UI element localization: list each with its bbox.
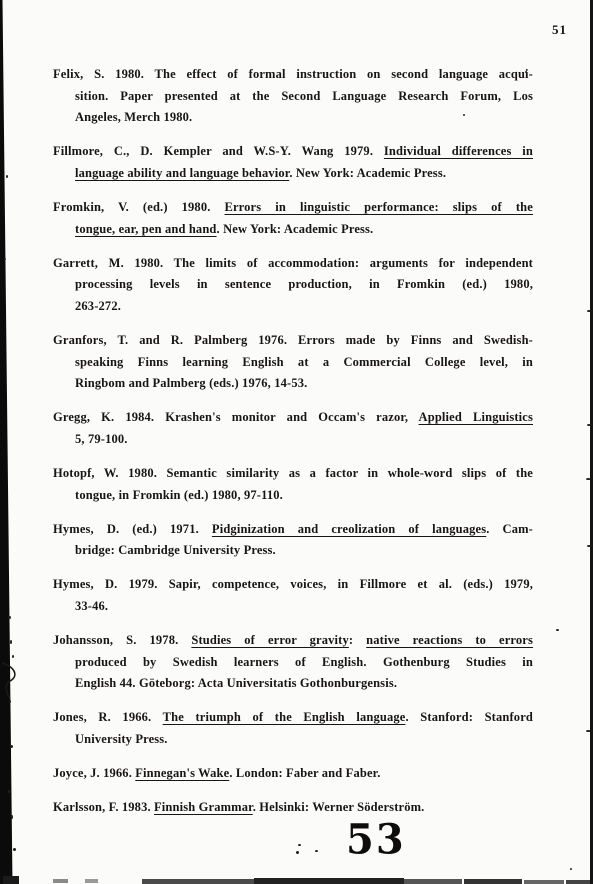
reference-line: Felix, S. 1980. The effect of formal ins…	[53, 64, 533, 86]
reference-entry: Karlsson, F. 1983. Finnish Grammar. Hels…	[53, 797, 533, 819]
text-segment: . Cam-	[486, 522, 533, 536]
underlined-title: Finnegan's Wake	[135, 766, 229, 780]
underlined-title: Pidginization and creolization of langua…	[212, 522, 486, 536]
pencil-mark	[315, 850, 318, 852]
text-segment: Hymes, D. 1979. Sapir, competence, voice…	[53, 577, 533, 591]
ink-speck	[570, 868, 572, 870]
scan-edge-bottom-segment	[3, 876, 19, 884]
text-segment: Gregg, K. 1984. Krashen's monitor and Oc…	[53, 410, 419, 424]
scan-edge-left	[0, 0, 14, 884]
underlined-title: Errors in linguistic performance: slips …	[225, 200, 533, 214]
reference-entry: Hotopf, W. 1980. Semantic similarity as …	[53, 463, 533, 506]
reference-entry: Gregg, K. 1984. Krashen's monitor and Oc…	[53, 407, 533, 450]
text-segment: speaking Finns learning English at a Com…	[75, 355, 533, 369]
text-segment: :	[349, 633, 366, 647]
text-segment: Fromkin, V. (ed.) 1980.	[53, 200, 225, 214]
ink-speck	[586, 478, 591, 480]
text-segment: Granfors, T. and R. Palmberg 1976. Error…	[53, 333, 533, 347]
scan-edge-bottom-segment	[53, 879, 68, 883]
ink-speck	[587, 545, 591, 547]
references-list: Felix, S. 1980. The effect of formal ins…	[53, 64, 533, 831]
reference-line: Ringbom and Palmberg (eds.) 1976, 14-53.	[75, 373, 533, 395]
ink-speck	[4, 258, 6, 260]
reference-entry: Fromkin, V. (ed.) 1980. Errors in lingui…	[53, 197, 533, 240]
text-segment: Joyce, J. 1966.	[53, 766, 135, 780]
reference-line: language ability and language behavior. …	[75, 163, 533, 185]
reference-line: Jones, R. 1966. The triumph of the Engli…	[53, 707, 533, 729]
text-segment: Ringbom and Palmberg (eds.) 1976, 14-53.	[75, 376, 307, 390]
text-segment: produced by Swedish learners of English.…	[75, 655, 533, 669]
reference-line: University Press.	[75, 729, 533, 751]
scan-edge-bottom-segment	[254, 878, 404, 884]
text-segment: bridge: Cambridge University Press.	[75, 543, 276, 557]
ink-speck	[13, 848, 16, 851]
scan-edge-right	[590, 0, 593, 884]
underlined-title: language ability and language behavior	[75, 166, 289, 180]
text-segment: 263-272.	[75, 299, 121, 313]
reference-line: Hymes, D. (ed.) 1971. Pidginization and …	[53, 519, 533, 541]
text-segment: English 44. Göteborg: Acta Universitatis…	[75, 676, 397, 690]
reference-line: processing levels in sentence production…	[75, 274, 533, 296]
ink-speck	[556, 629, 559, 631]
ink-speck	[587, 310, 591, 312]
stamp-page-number: 53	[346, 815, 406, 864]
reference-line: Granfors, T. and R. Palmberg 1976. Error…	[53, 330, 533, 352]
text-segment: sition. Paper presented at the Second La…	[75, 89, 533, 103]
text-segment: University Press.	[75, 732, 168, 746]
text-segment: Hotopf, W. 1980. Semantic similarity as …	[53, 466, 533, 480]
scan-edge-bottom-segment	[566, 880, 590, 884]
reference-entry: Hymes, D. 1979. Sapir, competence, voice…	[53, 574, 533, 617]
page-number: 51	[552, 22, 567, 38]
underlined-title: Finnish Grammar	[154, 800, 253, 814]
text-segment: Angeles, Merch 1980.	[75, 110, 192, 124]
ink-speck	[463, 114, 465, 116]
reference-line: 33-46.	[75, 596, 533, 618]
ink-speck	[6, 175, 8, 178]
pencil-mark	[296, 851, 299, 854]
scan-edge-bottom-segment	[142, 879, 254, 884]
text-segment: Jones, R. 1966.	[53, 710, 163, 724]
text-segment: Hymes, D. (ed.) 1971.	[53, 522, 212, 536]
ink-speck	[11, 815, 13, 819]
reference-line: Fromkin, V. (ed.) 1980. Errors in lingui…	[53, 197, 533, 219]
underlined-title: The triumph of the English language	[163, 710, 406, 724]
reference-entry: Joyce, J. 1966. Finnegan's Wake. London:…	[53, 763, 533, 785]
ink-speck	[525, 71, 527, 73]
reference-line: Hymes, D. 1979. Sapir, competence, voice…	[53, 574, 533, 596]
margin-squiggle-mark	[1, 660, 23, 702]
reference-line: Gregg, K. 1984. Krashen's monitor and Oc…	[53, 407, 533, 429]
reference-entry: Fillmore, C., D. Kempler and W.S-Y. Wang…	[53, 141, 533, 184]
reference-entry: Hymes, D. (ed.) 1971. Pidginization and …	[53, 519, 533, 562]
reference-line: Hotopf, W. 1980. Semantic similarity as …	[53, 463, 533, 485]
reference-line: tongue, ear, pen and hand. New York: Aca…	[75, 219, 533, 241]
text-segment: Fillmore, C., D. Kempler and W.S-Y. Wang…	[53, 144, 384, 158]
reference-line: produced by Swedish learners of English.…	[75, 652, 533, 674]
scanned-page: 51 Felix, S. 1980. The effect of formal …	[0, 0, 593, 884]
reference-line: Johansson, S. 1978. Studies of error gra…	[53, 630, 533, 652]
text-segment: . New York: Academic Press.	[217, 222, 374, 236]
reference-line: English 44. Göteborg: Acta Universitatis…	[75, 673, 533, 695]
ink-speck	[10, 745, 13, 748]
reference-line: 5, 79-100.	[75, 429, 533, 451]
reference-entry: Garrett, M. 1980. The limits of accommod…	[53, 253, 533, 318]
ink-speck	[12, 655, 14, 658]
ink-speck	[10, 640, 12, 644]
reference-line: Joyce, J. 1966. Finnegan's Wake. London:…	[53, 763, 533, 785]
reference-line: tongue, in Fromkin (ed.) 1980, 97-110.	[75, 485, 533, 507]
scan-edge-bottom-segment	[85, 879, 98, 883]
text-segment: Karlsson, F. 1983.	[53, 800, 154, 814]
text-segment: 5, 79-100.	[75, 432, 128, 446]
underlined-title: Applied Linguistics	[419, 410, 533, 424]
text-segment: Garrett, M. 1980. The limits of accommod…	[53, 256, 533, 270]
scan-edge-bottom-segment	[404, 879, 462, 884]
reference-line: sition. Paper presented at the Second La…	[75, 86, 533, 108]
reference-line: bridge: Cambridge University Press.	[75, 540, 533, 562]
text-segment: . London: Faber and Faber.	[229, 766, 380, 780]
reference-line: Karlsson, F. 1983. Finnish Grammar. Hels…	[53, 797, 533, 819]
text-segment: processing levels in sentence production…	[75, 277, 533, 291]
reference-line: Angeles, Merch 1980.	[75, 107, 533, 129]
ink-speck	[8, 790, 10, 793]
reference-entry: Jones, R. 1966. The triumph of the Engli…	[53, 707, 533, 750]
text-segment: tongue, in Fromkin (ed.) 1980, 97-110.	[75, 488, 283, 502]
underlined-title: Individual differences in	[384, 144, 533, 158]
reference-entry: Granfors, T. and R. Palmberg 1976. Error…	[53, 330, 533, 395]
ink-speck	[587, 424, 591, 426]
ink-speck	[586, 730, 591, 732]
text-segment: 33-46.	[75, 599, 108, 613]
reference-line: 263-272.	[75, 296, 533, 318]
ink-speck	[8, 616, 11, 619]
text-segment: . New York: Academic Press.	[289, 166, 446, 180]
text-segment: . Helsinki: Werner Söderström.	[253, 800, 425, 814]
underlined-title: native reactions to errors	[366, 633, 533, 647]
text-segment: Felix, S. 1980. The effect of formal ins…	[53, 67, 533, 81]
pencil-mark	[298, 844, 301, 846]
scan-edge-bottom-segment	[464, 879, 522, 884]
text-segment: . Stanford: Stanford	[405, 710, 533, 724]
text-segment: Johansson, S. 1978.	[53, 633, 191, 647]
reference-line: speaking Finns learning English at a Com…	[75, 352, 533, 374]
scan-edge-bottom-segment	[524, 880, 564, 884]
reference-entry: Johansson, S. 1978. Studies of error gra…	[53, 630, 533, 695]
reference-entry: Felix, S. 1980. The effect of formal ins…	[53, 64, 533, 129]
reference-line: Garrett, M. 1980. The limits of accommod…	[53, 253, 533, 275]
underlined-title: tongue, ear, pen and hand	[75, 222, 217, 236]
reference-line: Fillmore, C., D. Kempler and W.S-Y. Wang…	[53, 141, 533, 163]
underlined-title: Studies of error gravity	[191, 633, 349, 647]
